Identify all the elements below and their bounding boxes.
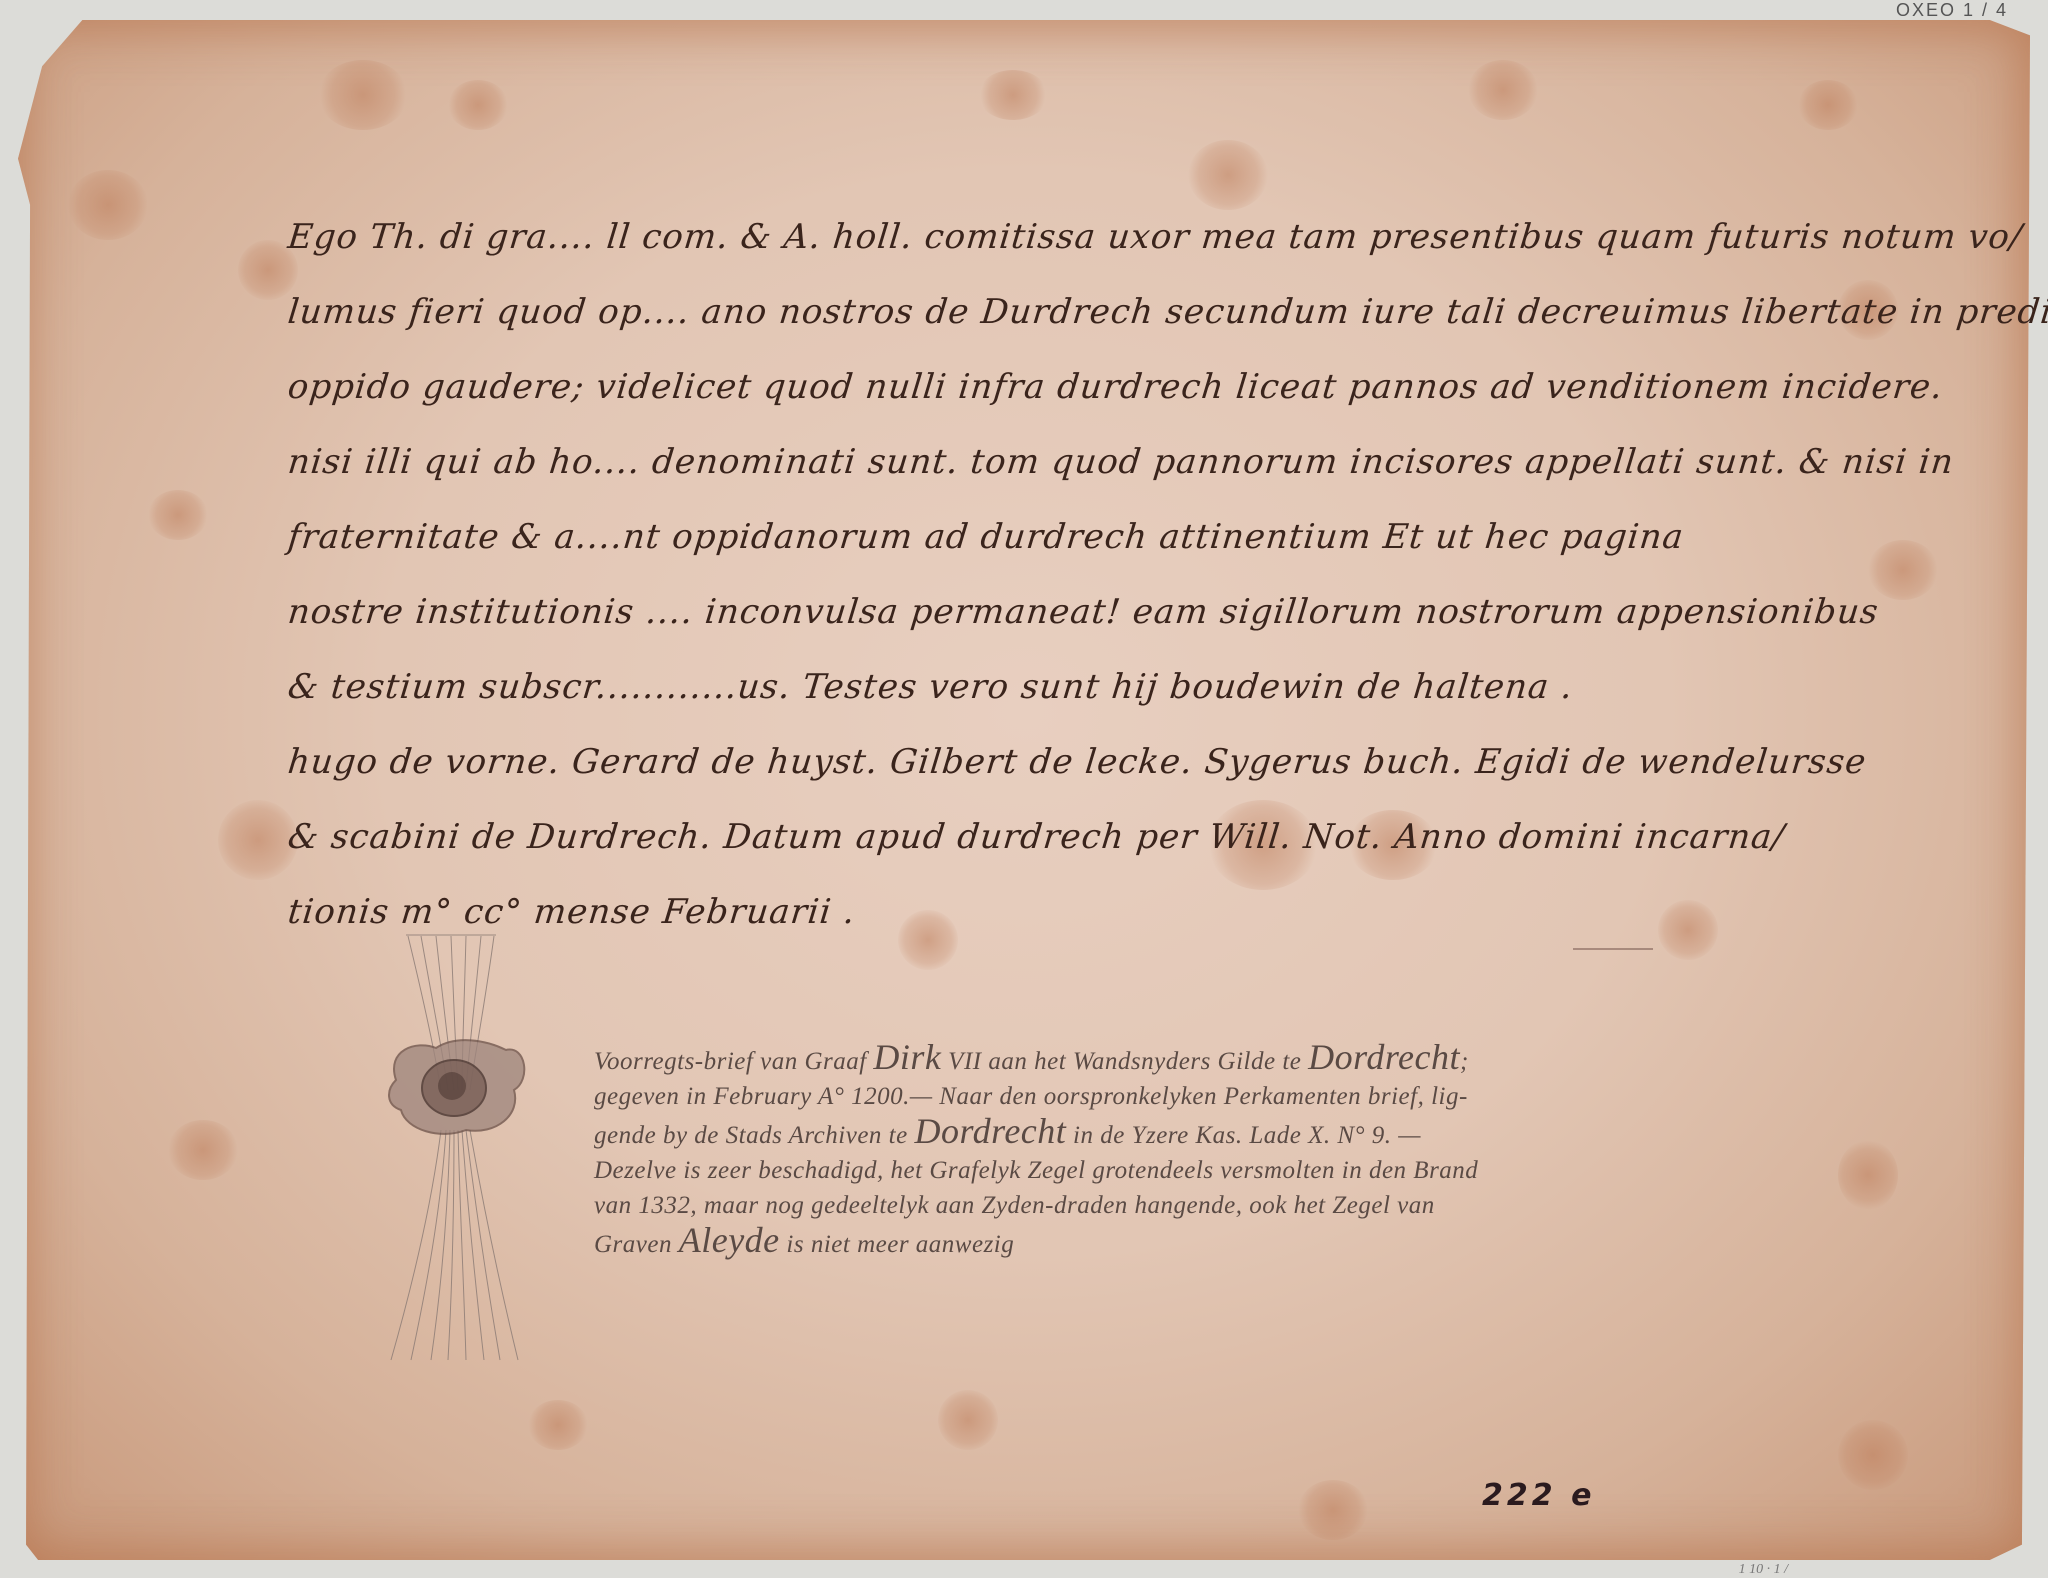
annotation-text: gegeven in February A° 1200.— Naar den o… xyxy=(594,1083,1468,1110)
annotation-text: Graven xyxy=(594,1231,679,1258)
foxing-spot xyxy=(168,1120,238,1180)
bottom-pencil-mark: 1 10 · 1 / xyxy=(1739,1562,1788,1578)
annotation-text: Dezelve is zeer beschadigd, het Grafelyk… xyxy=(594,1157,1478,1184)
foxing-spot xyxy=(978,70,1048,120)
foxing-spot xyxy=(448,80,508,130)
annotation-place-dordrecht: Dordrecht xyxy=(1308,1037,1460,1077)
annotation-line: Dezelve is zeer beschadigd, het Grafelyk… xyxy=(594,1153,1824,1188)
foxing-spot xyxy=(1868,540,1938,600)
dutch-annotation-text: Voorregts-brief van Graaf Dirk VII aan h… xyxy=(594,1040,1824,1262)
annotation-line: Graven Aleyde is niet meer aanwezig xyxy=(594,1223,1824,1262)
annotation-name-aleyde: Aleyde xyxy=(679,1220,780,1260)
pen-stroke xyxy=(1573,948,1653,950)
foxing-spot xyxy=(1838,1420,1908,1490)
annotation-text: is niet meer aanwezig xyxy=(780,1231,1015,1258)
charter-line: fraternitate & a....nt oppidanorum ad du… xyxy=(284,500,1872,575)
annotation-text: in de Yzere Kas. Lade X. N° 9. — xyxy=(1066,1122,1421,1149)
foxing-spot xyxy=(1298,1480,1368,1540)
charter-line: & scabini de Durdrech. Datum apud durdre… xyxy=(284,800,1872,875)
archive-number: 222 e xyxy=(1482,1478,1595,1513)
latin-charter-text: Ego Th. di gra.... ll com. & A. holl. co… xyxy=(288,200,1868,950)
annotation-text: Voorregts-brief van Graaf xyxy=(594,1048,873,1075)
annotation-text: VII aan het Wandsnyders Gilde te xyxy=(941,1048,1308,1075)
annotation-text: ; xyxy=(1460,1048,1469,1075)
wax-seal-icon xyxy=(386,930,526,1370)
foxing-spot xyxy=(528,1400,588,1450)
annotation-line: gende by de Stads Archiven te Dordrecht … xyxy=(594,1114,1824,1153)
charter-line: nostre institutionis .... inconvulsa per… xyxy=(284,575,1872,650)
charter-line: nisi illi qui ab ho.... denominati sunt.… xyxy=(284,425,1872,500)
annotation-line: Voorregts-brief van Graaf Dirk VII aan h… xyxy=(594,1040,1824,1079)
charter-line: lumus fieri quod op.... ano nostros de D… xyxy=(284,275,1872,350)
charter-line: & testium subscr............us. Testes v… xyxy=(284,650,1872,725)
annotation-place-dordrecht: Dordrecht xyxy=(914,1111,1066,1151)
foxing-spot xyxy=(148,490,208,540)
foxing-spot xyxy=(68,170,148,240)
annotation-text: van 1332, maar nog gedeeltelyk aan Zyden… xyxy=(594,1192,1435,1219)
annotation-text: gende by de Stads Archiven te xyxy=(594,1122,914,1149)
charter-line: hugo de vorne. Gerard de huyst. Gilbert … xyxy=(284,725,1872,800)
foxing-spot xyxy=(1468,60,1538,120)
foxing-spot xyxy=(318,60,408,130)
annotation-name-dirk: Dirk xyxy=(873,1037,941,1077)
charter-line: Ego Th. di gra.... ll com. & A. holl. co… xyxy=(284,200,1872,275)
corner-catalog-mark: OXEO 1 / 4 xyxy=(1896,0,2008,21)
annotation-line: gegeven in February A° 1200.— Naar den o… xyxy=(594,1079,1824,1114)
foxing-spot xyxy=(1838,1140,1898,1210)
charter-line: oppido gaudere; videlicet quod nulli inf… xyxy=(284,350,1872,425)
foxing-spot xyxy=(1798,80,1858,130)
annotation-line: van 1332, maar nog gedeeltelyk aan Zyden… xyxy=(594,1188,1824,1223)
foxing-spot xyxy=(938,1390,998,1450)
